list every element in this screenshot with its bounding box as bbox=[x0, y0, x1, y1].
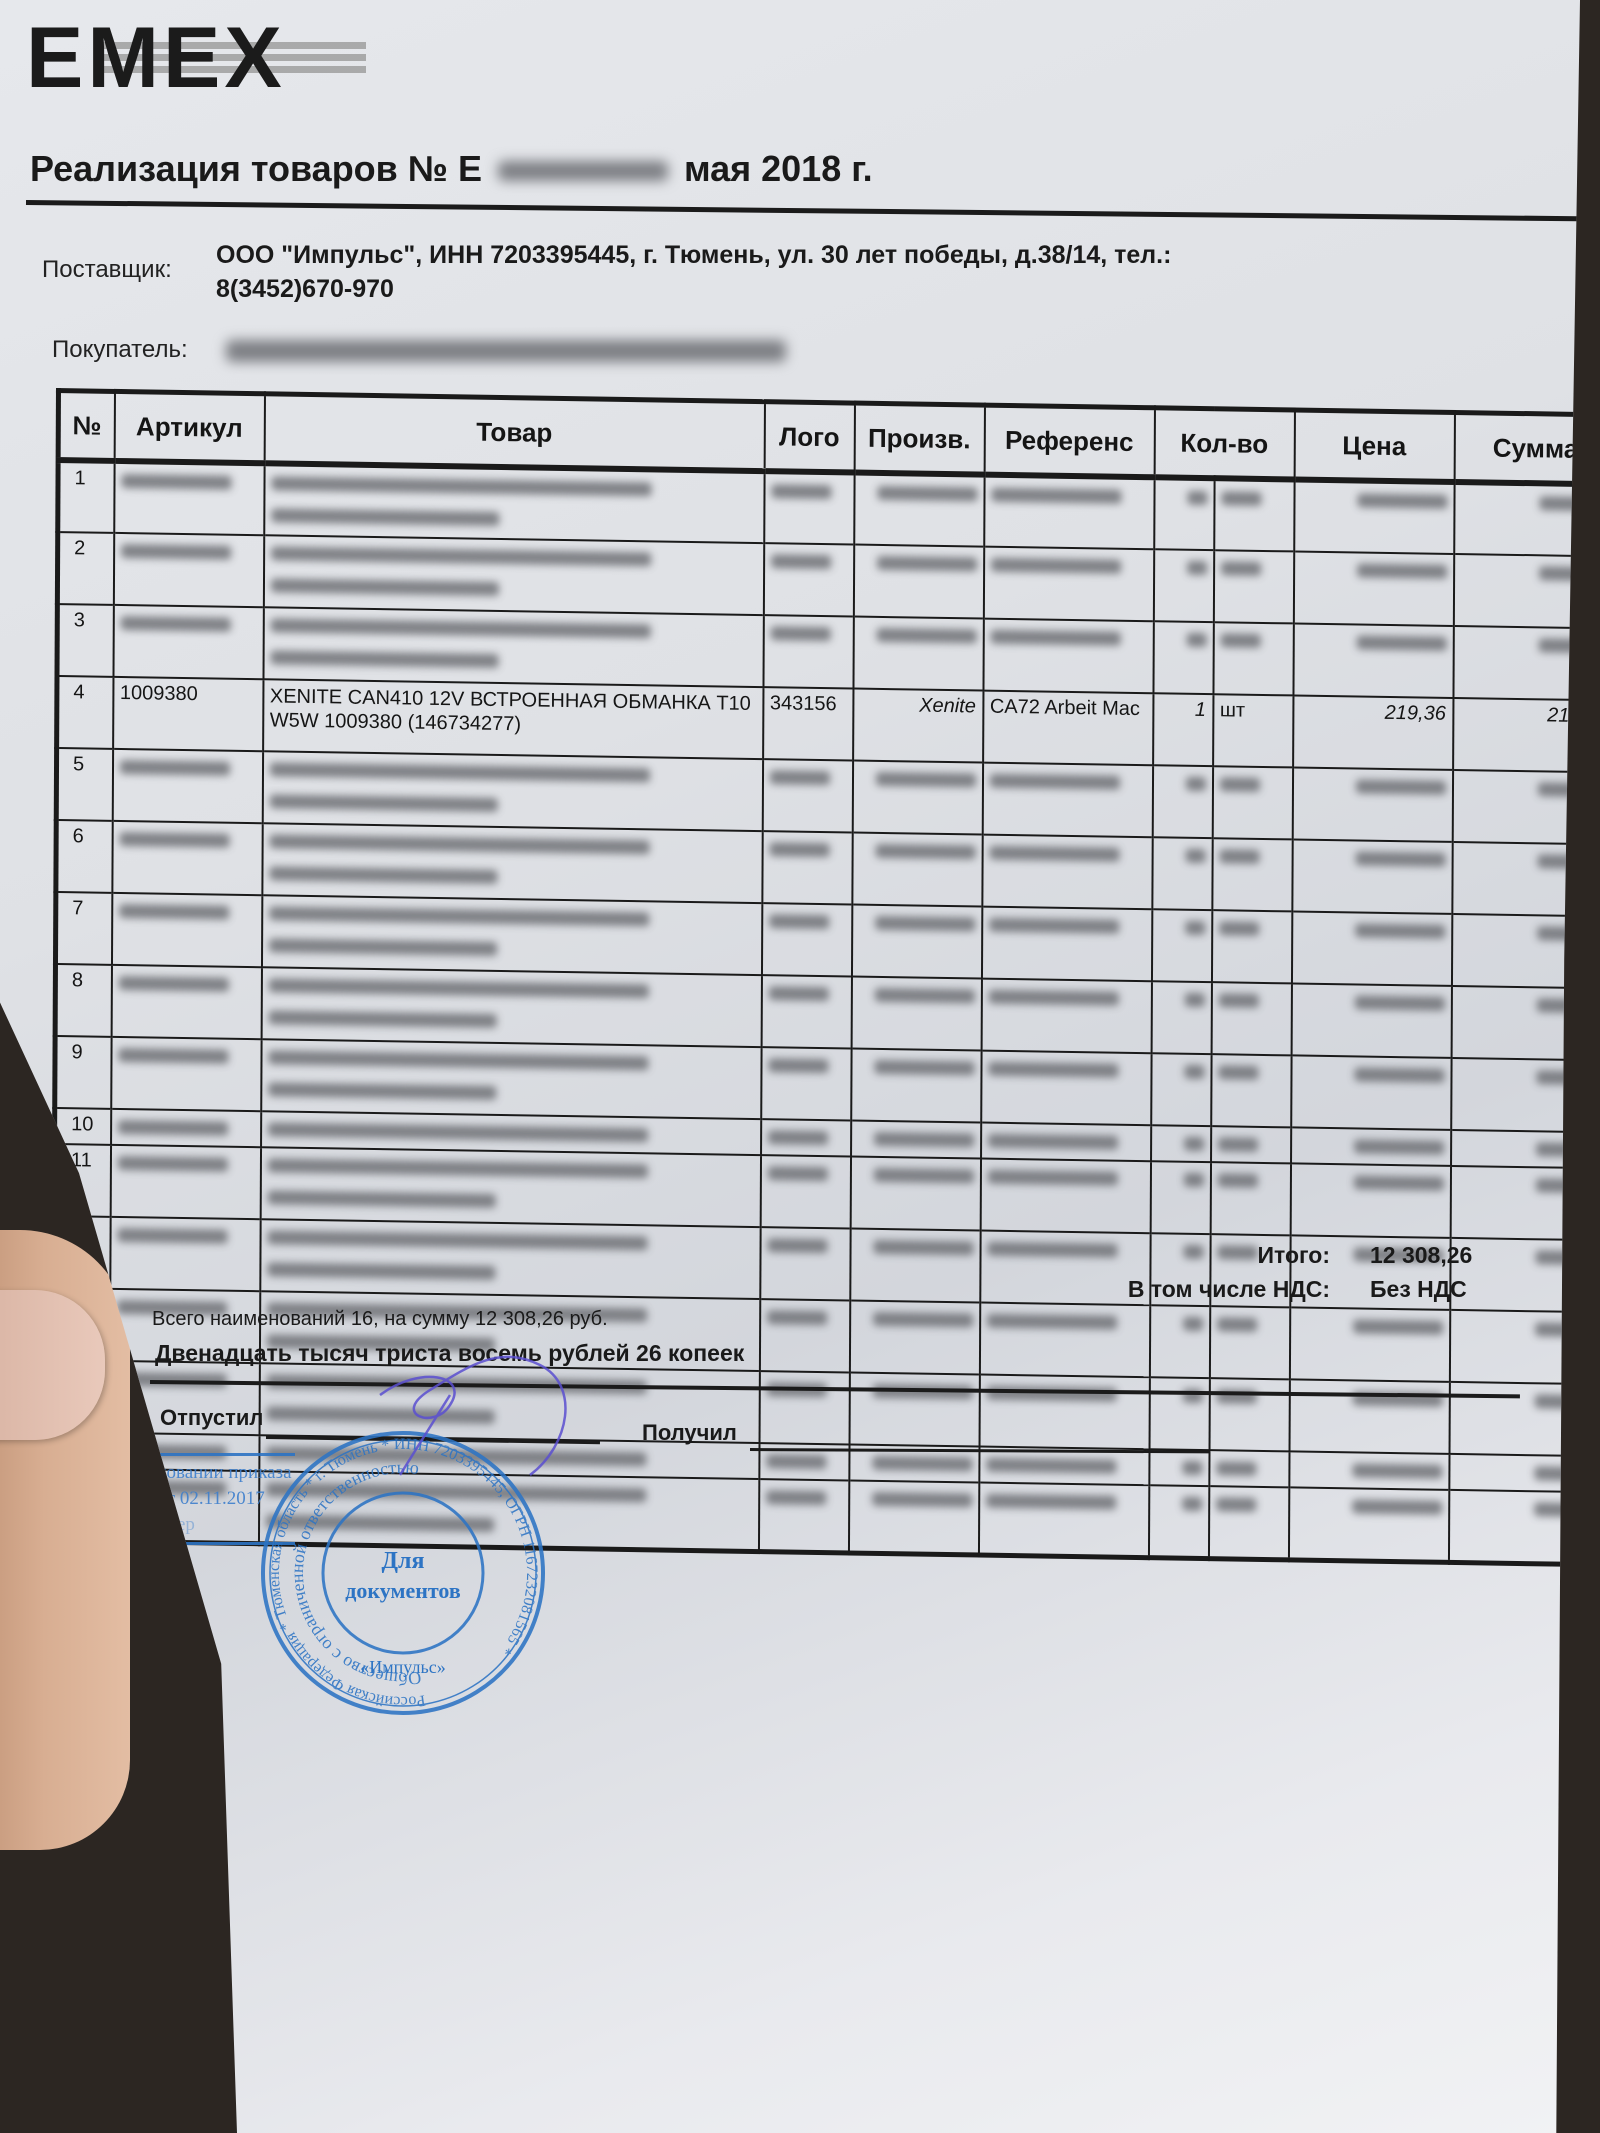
redacted-price bbox=[1352, 1463, 1442, 1478]
cell-sum bbox=[1451, 986, 1600, 1061]
redacted-product bbox=[270, 618, 650, 638]
cell-unit bbox=[1210, 1162, 1290, 1235]
redacted-maker bbox=[875, 772, 975, 788]
redacted-qty bbox=[1185, 777, 1205, 791]
redacted-logo bbox=[768, 986, 828, 1001]
redacted-article bbox=[118, 1048, 228, 1064]
cell-logo-text: 343156 bbox=[770, 692, 846, 716]
redacted-qty bbox=[1183, 1317, 1203, 1331]
cell-ref bbox=[982, 835, 1152, 910]
cell-article bbox=[111, 893, 261, 967]
cell-logo bbox=[761, 1047, 851, 1120]
cell-unit bbox=[1211, 982, 1291, 1055]
vat-label: В том числе НДС: bbox=[1128, 1276, 1330, 1310]
redacted-qty bbox=[1182, 1497, 1202, 1511]
redacted-maker bbox=[877, 556, 977, 572]
redacted-logo bbox=[766, 1490, 826, 1505]
cell-qty bbox=[1151, 981, 1211, 1054]
redacted-price bbox=[1354, 995, 1444, 1010]
cell-maker bbox=[853, 617, 983, 691]
cell-qty bbox=[1152, 765, 1212, 838]
cell-n: 5 bbox=[56, 748, 112, 821]
redacted-qty bbox=[1182, 1461, 1202, 1475]
cell-unit bbox=[1212, 766, 1292, 839]
redacted-logo bbox=[767, 1310, 827, 1325]
redacted-ref bbox=[991, 558, 1121, 574]
redacted-maker bbox=[872, 1456, 972, 1472]
cell-qty bbox=[1151, 1053, 1211, 1126]
cell-maker bbox=[853, 545, 983, 619]
cell-ref bbox=[983, 547, 1153, 622]
cell-article bbox=[113, 533, 263, 607]
redacted-price bbox=[1354, 1139, 1444, 1154]
cell-maker bbox=[852, 761, 982, 835]
redacted-logo bbox=[768, 1130, 828, 1145]
redacted-maker bbox=[874, 1060, 974, 1076]
cell-price bbox=[1291, 1055, 1451, 1130]
redacted-sum bbox=[1536, 1070, 1600, 1085]
cell-sum bbox=[1453, 626, 1600, 701]
redacted-buyer bbox=[226, 340, 786, 362]
redacted-unit bbox=[1217, 1173, 1257, 1188]
redacted-qty bbox=[1185, 921, 1205, 935]
cell-ref: CA72 Arbeit Mac bbox=[983, 691, 1153, 766]
cell-sum bbox=[1451, 1130, 1600, 1169]
cell-ref bbox=[982, 763, 1152, 838]
redacted-qty bbox=[1187, 561, 1207, 575]
redacted-product-line2 bbox=[270, 650, 498, 668]
cell-maker bbox=[849, 1372, 979, 1446]
redacted-qty bbox=[1185, 849, 1205, 863]
cell-qty bbox=[1151, 1125, 1211, 1162]
cell-maker bbox=[851, 1048, 981, 1122]
redacted-maker bbox=[873, 1312, 973, 1328]
redacted-maker bbox=[873, 1168, 973, 1184]
redacted-logo bbox=[766, 1454, 826, 1469]
redacted-document-number bbox=[498, 161, 668, 181]
cell-sum bbox=[1448, 1490, 1600, 1565]
cell-n-text: 12 bbox=[71, 1221, 104, 1245]
cell-ref bbox=[981, 1123, 1151, 1162]
cell-ref bbox=[979, 1303, 1149, 1378]
cell-ref bbox=[981, 907, 1151, 982]
cell-price bbox=[1292, 839, 1452, 914]
cell-product bbox=[261, 967, 761, 1047]
redacted-product-line2 bbox=[269, 938, 497, 956]
redacted-sum bbox=[1539, 638, 1600, 653]
cell-unit: шт bbox=[1213, 694, 1293, 767]
cell-logo bbox=[763, 543, 853, 616]
col-reference: Референс bbox=[984, 405, 1154, 477]
invoice-sheet: EMEX Реализация товаров № Е мая 2018 г. … bbox=[0, 0, 1580, 2133]
cell-maker bbox=[852, 833, 982, 907]
redacted-article bbox=[121, 474, 231, 490]
redacted-ref bbox=[988, 1062, 1118, 1078]
redacted-product-line2 bbox=[270, 578, 498, 596]
redacted-qty bbox=[1184, 993, 1204, 1007]
redacted-unit bbox=[1219, 849, 1259, 864]
cell-n-text: 1 bbox=[74, 467, 107, 491]
redacted-article bbox=[119, 760, 229, 776]
redacted-product bbox=[267, 1230, 647, 1250]
cell-unit bbox=[1214, 478, 1294, 551]
cell-n: 2 bbox=[57, 532, 113, 605]
cell-n-text: 7 bbox=[72, 897, 105, 921]
redacted-sum bbox=[1536, 1250, 1600, 1265]
cell-logo bbox=[761, 975, 851, 1048]
seal-center-line-2: документов bbox=[345, 1578, 461, 1603]
redacted-sum bbox=[1534, 1466, 1600, 1481]
cell-qty: 1 bbox=[1153, 693, 1213, 766]
redacted-product-line2 bbox=[268, 1010, 496, 1028]
redacted-unit bbox=[1221, 561, 1261, 576]
items-count-summary: Всего наименований 16, на сумму 12 308,2… bbox=[152, 1308, 608, 1331]
col-maker: Произв. bbox=[854, 403, 984, 475]
redacted-sum bbox=[1535, 1394, 1600, 1409]
redacted-article bbox=[119, 904, 229, 920]
cell-n-text: 9 bbox=[71, 1041, 104, 1065]
redacted-unit bbox=[1218, 1137, 1258, 1152]
cell-sum bbox=[1449, 1310, 1600, 1385]
redacted-maker bbox=[877, 486, 977, 502]
cell-article-text: 1009380 bbox=[120, 682, 256, 707]
cell-product-text: XENITE CAN410 12V ВСТРОЕННАЯ ОБМАНКА T10… bbox=[270, 684, 756, 740]
col-price: Цена bbox=[1294, 410, 1454, 482]
cell-n: 7 bbox=[55, 892, 111, 965]
cell-logo bbox=[761, 903, 851, 976]
redacted-sum bbox=[1534, 1502, 1600, 1517]
cell-n: 8 bbox=[55, 964, 111, 1037]
redacted-article bbox=[118, 1120, 228, 1136]
redacted-sum bbox=[1536, 1178, 1600, 1193]
cell-price bbox=[1288, 1487, 1448, 1562]
cell-qty bbox=[1151, 909, 1211, 982]
cell-sum bbox=[1453, 554, 1600, 629]
redacted-ref bbox=[991, 488, 1121, 504]
redacted-price bbox=[1353, 1319, 1443, 1334]
redacted-product-line2 bbox=[271, 508, 499, 526]
cell-price bbox=[1292, 767, 1452, 842]
buyer-label: Покупатель: bbox=[52, 336, 188, 364]
cell-qty bbox=[1148, 1485, 1208, 1558]
redacted-article bbox=[120, 616, 230, 632]
redacted-qty bbox=[1184, 1137, 1204, 1151]
redacted-logo bbox=[770, 626, 830, 641]
redacted-price bbox=[1357, 563, 1447, 578]
supplier-value: ООО "Импульс", ИНН 7203395445, г. Тюмень… bbox=[216, 238, 1316, 306]
redacted-qty bbox=[1184, 1065, 1204, 1079]
cell-article bbox=[114, 461, 264, 535]
cell-logo bbox=[762, 759, 852, 832]
redacted-maker bbox=[875, 844, 975, 860]
redacted-logo bbox=[769, 914, 829, 929]
cell-unit-text: шт bbox=[1220, 699, 1286, 723]
cell-product bbox=[263, 535, 763, 615]
redacted-product bbox=[269, 834, 649, 854]
cell-price bbox=[1293, 623, 1453, 698]
redacted-ref bbox=[990, 630, 1120, 646]
cell-article bbox=[111, 1109, 261, 1147]
redacted-product-line2 bbox=[267, 1262, 495, 1280]
redacted-article bbox=[121, 544, 231, 560]
redacted-sum bbox=[1538, 854, 1600, 869]
cell-sum: 219,36 bbox=[1453, 698, 1600, 773]
cell-n: 11 bbox=[54, 1144, 110, 1217]
redacted-price bbox=[1356, 635, 1446, 650]
cell-article: 1009380 bbox=[113, 677, 263, 751]
cell-price bbox=[1291, 983, 1451, 1058]
cell-logo bbox=[764, 471, 854, 544]
cell-qty bbox=[1152, 837, 1212, 910]
redacted-unit bbox=[1216, 1497, 1256, 1512]
cell-n: 10 bbox=[55, 1108, 111, 1145]
cell-unit bbox=[1213, 622, 1293, 695]
redacted-product-line2 bbox=[267, 1190, 495, 1208]
cell-article bbox=[110, 1145, 260, 1219]
cell-n-text: 11 bbox=[71, 1149, 104, 1173]
cell-product bbox=[263, 607, 763, 687]
col-quantity: Кол-во bbox=[1154, 408, 1294, 480]
col-sum: Сумма bbox=[1454, 412, 1600, 484]
cell-n-text: 4 bbox=[73, 681, 106, 705]
table-body: 12341009380XENITE CAN410 12V ВСТРОЕННАЯ … bbox=[52, 460, 1600, 1564]
cell-maker bbox=[851, 1120, 981, 1158]
redacted-ref bbox=[987, 1314, 1117, 1330]
redacted-ref bbox=[988, 990, 1118, 1006]
redacted-sum bbox=[1539, 496, 1600, 511]
title-divider bbox=[26, 200, 1596, 221]
redacted-logo bbox=[768, 1058, 828, 1073]
redacted-sum bbox=[1539, 566, 1600, 581]
cell-article bbox=[112, 821, 262, 895]
totals-block: Итого: 12 308,26 В том числе НДС: Без НД… bbox=[1120, 1242, 1520, 1310]
cell-article bbox=[112, 749, 262, 823]
redacted-unit bbox=[1219, 777, 1259, 792]
cell-price bbox=[1289, 1451, 1449, 1490]
cell-logo bbox=[760, 1227, 850, 1300]
title-prefix: Реализация товаров № Е bbox=[30, 148, 482, 190]
col-product: Товар bbox=[264, 394, 764, 471]
redacted-price bbox=[1357, 493, 1447, 508]
cell-ref bbox=[978, 1483, 1148, 1558]
document-title: Реализация товаров № Е мая 2018 г. bbox=[30, 148, 873, 190]
cell-product bbox=[260, 1219, 760, 1299]
col-article: Артикул bbox=[114, 391, 264, 463]
cell-n-text: 5 bbox=[73, 753, 106, 777]
redacted-product-line2 bbox=[269, 866, 497, 884]
cell-n-text: 10 bbox=[71, 1113, 104, 1137]
cell-article bbox=[111, 965, 261, 1039]
cell-product bbox=[261, 895, 761, 975]
redacted-sum bbox=[1537, 926, 1600, 941]
cell-price: 219,36 bbox=[1293, 695, 1453, 770]
redacted-maker bbox=[872, 1492, 972, 1508]
cell-ref bbox=[980, 1159, 1150, 1234]
cell-n: 9 bbox=[55, 1036, 111, 1109]
redacted-product bbox=[271, 476, 651, 496]
cell-unit bbox=[1212, 838, 1292, 911]
redacted-price bbox=[1355, 779, 1445, 794]
total-value: 12 308,26 bbox=[1370, 1242, 1520, 1276]
emex-logo: EMEX bbox=[26, 18, 286, 98]
redacted-logo bbox=[769, 770, 829, 785]
cell-price bbox=[1291, 1127, 1451, 1166]
redacted-maker bbox=[873, 1240, 973, 1256]
cell-product: XENITE CAN410 12V ВСТРОЕННАЯ ОБМАНКА T10… bbox=[263, 679, 763, 759]
redacted-logo bbox=[771, 554, 831, 569]
cell-ref bbox=[981, 1051, 1151, 1126]
redacted-logo bbox=[767, 1238, 827, 1253]
cell-logo bbox=[759, 1371, 849, 1444]
redacted-unit bbox=[1218, 1065, 1258, 1080]
cell-qty bbox=[1149, 1305, 1209, 1378]
cell-maker-text: Xenite bbox=[860, 694, 976, 719]
cell-price bbox=[1294, 479, 1454, 554]
cell-product bbox=[262, 751, 762, 831]
cell-sum bbox=[1450, 1166, 1600, 1241]
cell-ref bbox=[984, 475, 1154, 550]
cell-logo bbox=[763, 615, 853, 688]
cell-sum-text: 219,36 bbox=[1460, 703, 1600, 728]
cell-n: 1 bbox=[58, 460, 114, 533]
redacted-article bbox=[119, 832, 229, 848]
col-number: № bbox=[58, 391, 114, 461]
cell-n: 6 bbox=[56, 820, 112, 893]
cell-maker bbox=[854, 473, 984, 547]
redacted-unit bbox=[1218, 993, 1258, 1008]
supplier-line-2: 8(3452)670-970 bbox=[216, 272, 1316, 306]
received-by-label: Получил bbox=[642, 1420, 737, 1446]
cell-ref-text: CA72 Arbeit Mac bbox=[990, 696, 1146, 721]
cell-maker bbox=[848, 1480, 978, 1554]
cell-sum bbox=[1454, 482, 1600, 557]
redacted-maker bbox=[874, 988, 974, 1004]
cell-qty bbox=[1150, 1161, 1210, 1234]
cell-n-text: 6 bbox=[73, 825, 106, 849]
cell-n: 3 bbox=[57, 604, 113, 677]
redacted-ref bbox=[988, 1134, 1118, 1150]
redacted-logo bbox=[769, 842, 829, 857]
redacted-maker bbox=[875, 916, 975, 932]
cell-maker bbox=[851, 977, 981, 1051]
cell-qty bbox=[1153, 549, 1213, 622]
redacted-unit bbox=[1220, 633, 1260, 648]
cell-article bbox=[111, 1037, 261, 1111]
redacted-product bbox=[267, 1158, 647, 1178]
redacted-sum bbox=[1537, 998, 1600, 1013]
redacted-product bbox=[268, 1050, 648, 1070]
redacted-product bbox=[268, 978, 648, 998]
redacted-product-line2 bbox=[269, 794, 497, 812]
redacted-sum bbox=[1538, 782, 1600, 797]
redacted-unit bbox=[1221, 491, 1261, 506]
redacted-maker bbox=[874, 1132, 974, 1148]
cell-ref bbox=[979, 1375, 1149, 1450]
redacted-price bbox=[1355, 923, 1445, 938]
cell-price bbox=[1289, 1307, 1449, 1382]
cell-sum bbox=[1449, 1454, 1600, 1493]
cell-logo bbox=[761, 1119, 851, 1156]
cell-unit bbox=[1211, 1126, 1291, 1163]
redacted-maker bbox=[876, 628, 976, 644]
redacted-unit bbox=[1217, 1317, 1257, 1332]
cell-unit bbox=[1209, 1306, 1289, 1379]
cell-sum bbox=[1452, 842, 1600, 917]
cell-unit bbox=[1211, 1054, 1291, 1127]
cell-logo: 343156 bbox=[763, 687, 853, 760]
signature bbox=[300, 1335, 620, 1495]
redacted-product bbox=[269, 906, 649, 926]
cell-product bbox=[260, 1147, 760, 1227]
cell-product bbox=[264, 463, 764, 543]
col-logo: Лого bbox=[764, 402, 854, 473]
cell-maker: Xenite bbox=[853, 689, 983, 763]
cell-qty-text: 1 bbox=[1160, 698, 1206, 722]
cell-sum bbox=[1452, 770, 1600, 845]
cell-ref bbox=[981, 979, 1151, 1054]
cell-ref bbox=[983, 619, 1153, 694]
vat-value: Без НДС bbox=[1370, 1276, 1520, 1310]
supplier-label: Поставщик: bbox=[42, 256, 172, 284]
cell-unit bbox=[1213, 550, 1293, 623]
redacted-qty bbox=[1183, 1173, 1203, 1187]
redacted-ref bbox=[989, 918, 1119, 934]
cell-unit bbox=[1209, 1378, 1289, 1451]
cell-unit bbox=[1209, 1450, 1289, 1487]
cell-logo bbox=[760, 1155, 850, 1228]
redacted-price bbox=[1352, 1499, 1442, 1514]
redacted-unit bbox=[1216, 1461, 1256, 1476]
cell-qty bbox=[1149, 1377, 1209, 1450]
cell-qty bbox=[1154, 477, 1214, 550]
logo-text: EMEX bbox=[26, 9, 286, 108]
redacted-sum bbox=[1536, 1142, 1600, 1157]
cell-unit bbox=[1211, 910, 1291, 983]
seal-center-line-1: Для bbox=[382, 1548, 425, 1574]
redacted-product bbox=[268, 1122, 648, 1142]
cell-n-text: 3 bbox=[74, 609, 107, 633]
cell-price bbox=[1293, 551, 1453, 626]
cell-article bbox=[110, 1217, 260, 1291]
cell-maker bbox=[851, 905, 981, 979]
redacted-qty bbox=[1186, 633, 1206, 647]
redacted-ref bbox=[986, 1458, 1116, 1474]
redacted-product-line2 bbox=[268, 1082, 496, 1100]
redacted-ref bbox=[989, 846, 1119, 862]
cell-logo bbox=[762, 831, 852, 904]
cell-price bbox=[1289, 1379, 1449, 1454]
redacted-ref bbox=[989, 774, 1119, 790]
cell-logo bbox=[758, 1479, 848, 1552]
redacted-ref bbox=[987, 1242, 1117, 1258]
seal-bottom-text: «Импульс» bbox=[360, 1657, 445, 1677]
redacted-sum bbox=[1535, 1322, 1600, 1337]
cell-price-text: 219,36 bbox=[1300, 701, 1446, 726]
cell-unit bbox=[1208, 1486, 1288, 1559]
redacted-logo bbox=[771, 484, 831, 499]
redacted-price bbox=[1355, 851, 1445, 866]
redacted-price bbox=[1353, 1175, 1443, 1190]
redacted-price bbox=[1354, 1067, 1444, 1082]
cell-price bbox=[1291, 911, 1451, 986]
redacted-unit bbox=[1219, 921, 1259, 936]
redacted-article bbox=[117, 1156, 227, 1172]
cell-maker bbox=[849, 1300, 979, 1374]
redacted-article bbox=[118, 976, 228, 992]
redacted-product bbox=[269, 762, 649, 782]
cell-logo bbox=[759, 1299, 849, 1372]
total-label: Итого: bbox=[1257, 1242, 1330, 1276]
